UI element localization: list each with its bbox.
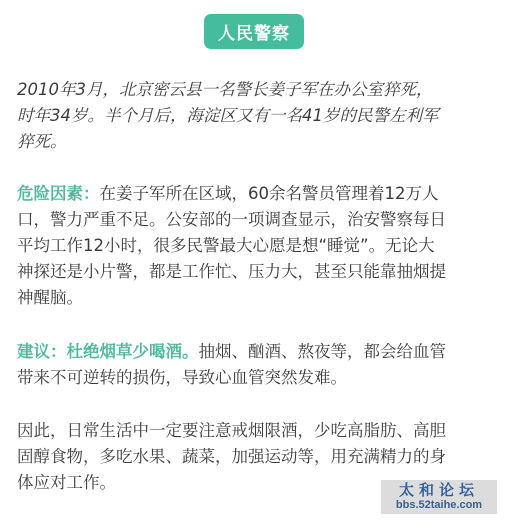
advice-label: 建议：杜绝烟草少喝酒。 [17,342,199,361]
watermark-url: bbs.52taihe.com [381,499,497,512]
section-badge: 人民警察 [204,14,304,49]
risk-paragraph: 危险因素：在姜子军所在区域，60余名警员管理着12万人口，警力严重不足。公安部的… [17,181,447,311]
advice-paragraph: 建议：杜绝烟草少喝酒。抽烟、酗酒、熬夜等，都会给血管带来不可逆转的损伤，导致心血… [17,339,447,391]
watermark-title: 太和论坛 [381,481,497,499]
intro-paragraph: 2010年3月，北京密云县一名警长姜子军在办公室猝死，时年34岁。半个月后，海淀… [17,77,447,155]
risk-label: 危险因素： [17,184,100,203]
watermark-logo: 太和论坛 bbs.52taihe.com [381,480,497,514]
header: 人民警察 [0,14,508,49]
